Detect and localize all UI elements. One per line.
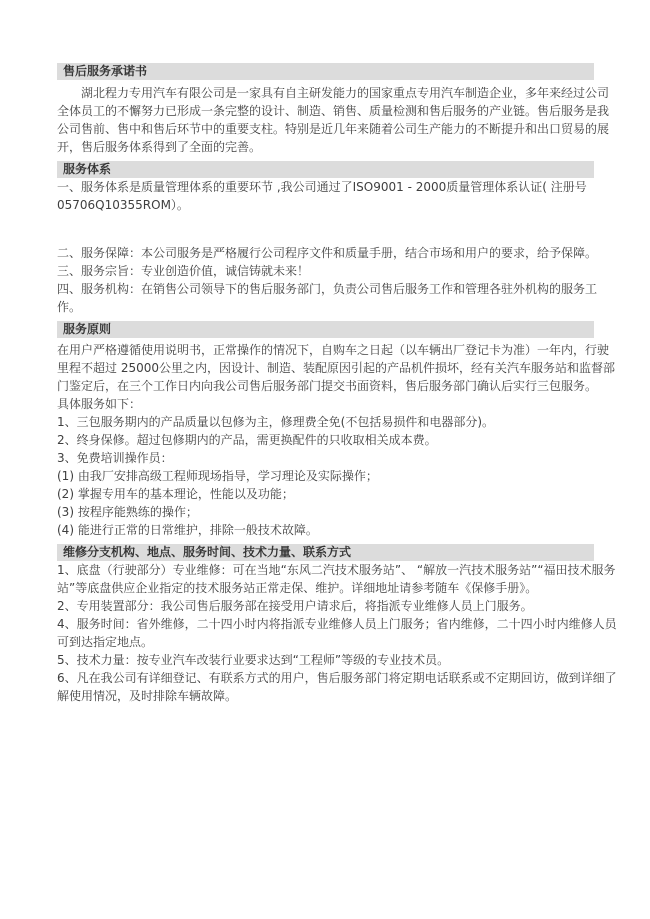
sub-title: 具体服务如下：: [57, 395, 618, 413]
list-item: 3、免费培训操作员：: [57, 449, 618, 467]
lead-paragraph: 在用户严格遵循使用说明书，正常操作的情况下，自购车之日起（以车辆出厂登记卡为准）…: [57, 341, 618, 395]
list-item: (4) 能进行正常的日常维护，排除一般技术故障。: [57, 521, 618, 539]
list-item: (2) 掌握专用车的基本理论，性能以及功能；: [57, 485, 618, 503]
list-item: 一、服务体系是质量管理体系的重要环节 ,我公司通过了ISO9001 - 2000…: [57, 178, 618, 214]
list-item: 4、服务时间：省外维修，二十四小时内将指派专业维修人员上门服务；省内维修，二十四…: [57, 615, 618, 651]
list-item: 5、技术力量：按专业汽车改装行业要求达到“工程师”等级的专业技术员。: [57, 651, 618, 669]
document-content: 售后服务承诺书 湖北程力专用汽车有限公司是一家具有自主研发能力的国家重点专用汽车…: [57, 63, 618, 705]
list-item: 四、服务机构：在销售公司领导下的售后服务部门，负责公司售后服务工作和管理各驻外机…: [57, 280, 618, 316]
list-item: (3) 按程序能熟练的操作；: [57, 503, 618, 521]
list-item: 1、底盘（行驶部分）专业维修：可在当地“东风二汽技术服务站”、 “解放一汽技术服…: [57, 561, 618, 597]
list-item: 1、三包服务期内的产品质量以包修为主，修理费全免(不包括易损件和电器部分)。: [57, 413, 618, 431]
blank-spacer: [57, 214, 618, 244]
list-item: (1) 由我厂安排高级工程师现场指导，学习理论及实际操作；: [57, 467, 618, 485]
list-item: 6、凡在我公司有详细登记、有联系方式的用户，售后服务部门将定期电话联系或不定期回…: [57, 669, 618, 705]
section-header-repair-branches: 维修分支机构、地点、服务时间、技术力量、联系方式: [57, 544, 594, 561]
list-item: 二、服务保障：本公司服务是严格履行公司程序文件和质量手册，结合市场和用户的要求，…: [57, 244, 618, 262]
section-header-service-principles: 服务原则: [57, 321, 594, 338]
doc-title: 售后服务承诺书: [57, 63, 594, 80]
section-header-service-system: 服务体系: [57, 161, 594, 178]
intro-paragraph: 湖北程力专用汽车有限公司是一家具有自主研发能力的国家重点专用汽车制造企业，多年来…: [57, 84, 618, 156]
list-item: 三、服务宗旨：专业创造价值，诚信铸就未来！: [57, 262, 618, 280]
list-item: 2、专用装置部分：我公司售后服务部在接受用户请求后，将指派专业维修人员上门服务。: [57, 597, 618, 615]
list-item: 2、终身保修。超过包修期内的产品，需更换配件的只收取相关成本费。: [57, 431, 618, 449]
document-page: 售后服务承诺书 湖北程力专用汽车有限公司是一家具有自主研发能力的国家重点专用汽车…: [0, 0, 650, 919]
